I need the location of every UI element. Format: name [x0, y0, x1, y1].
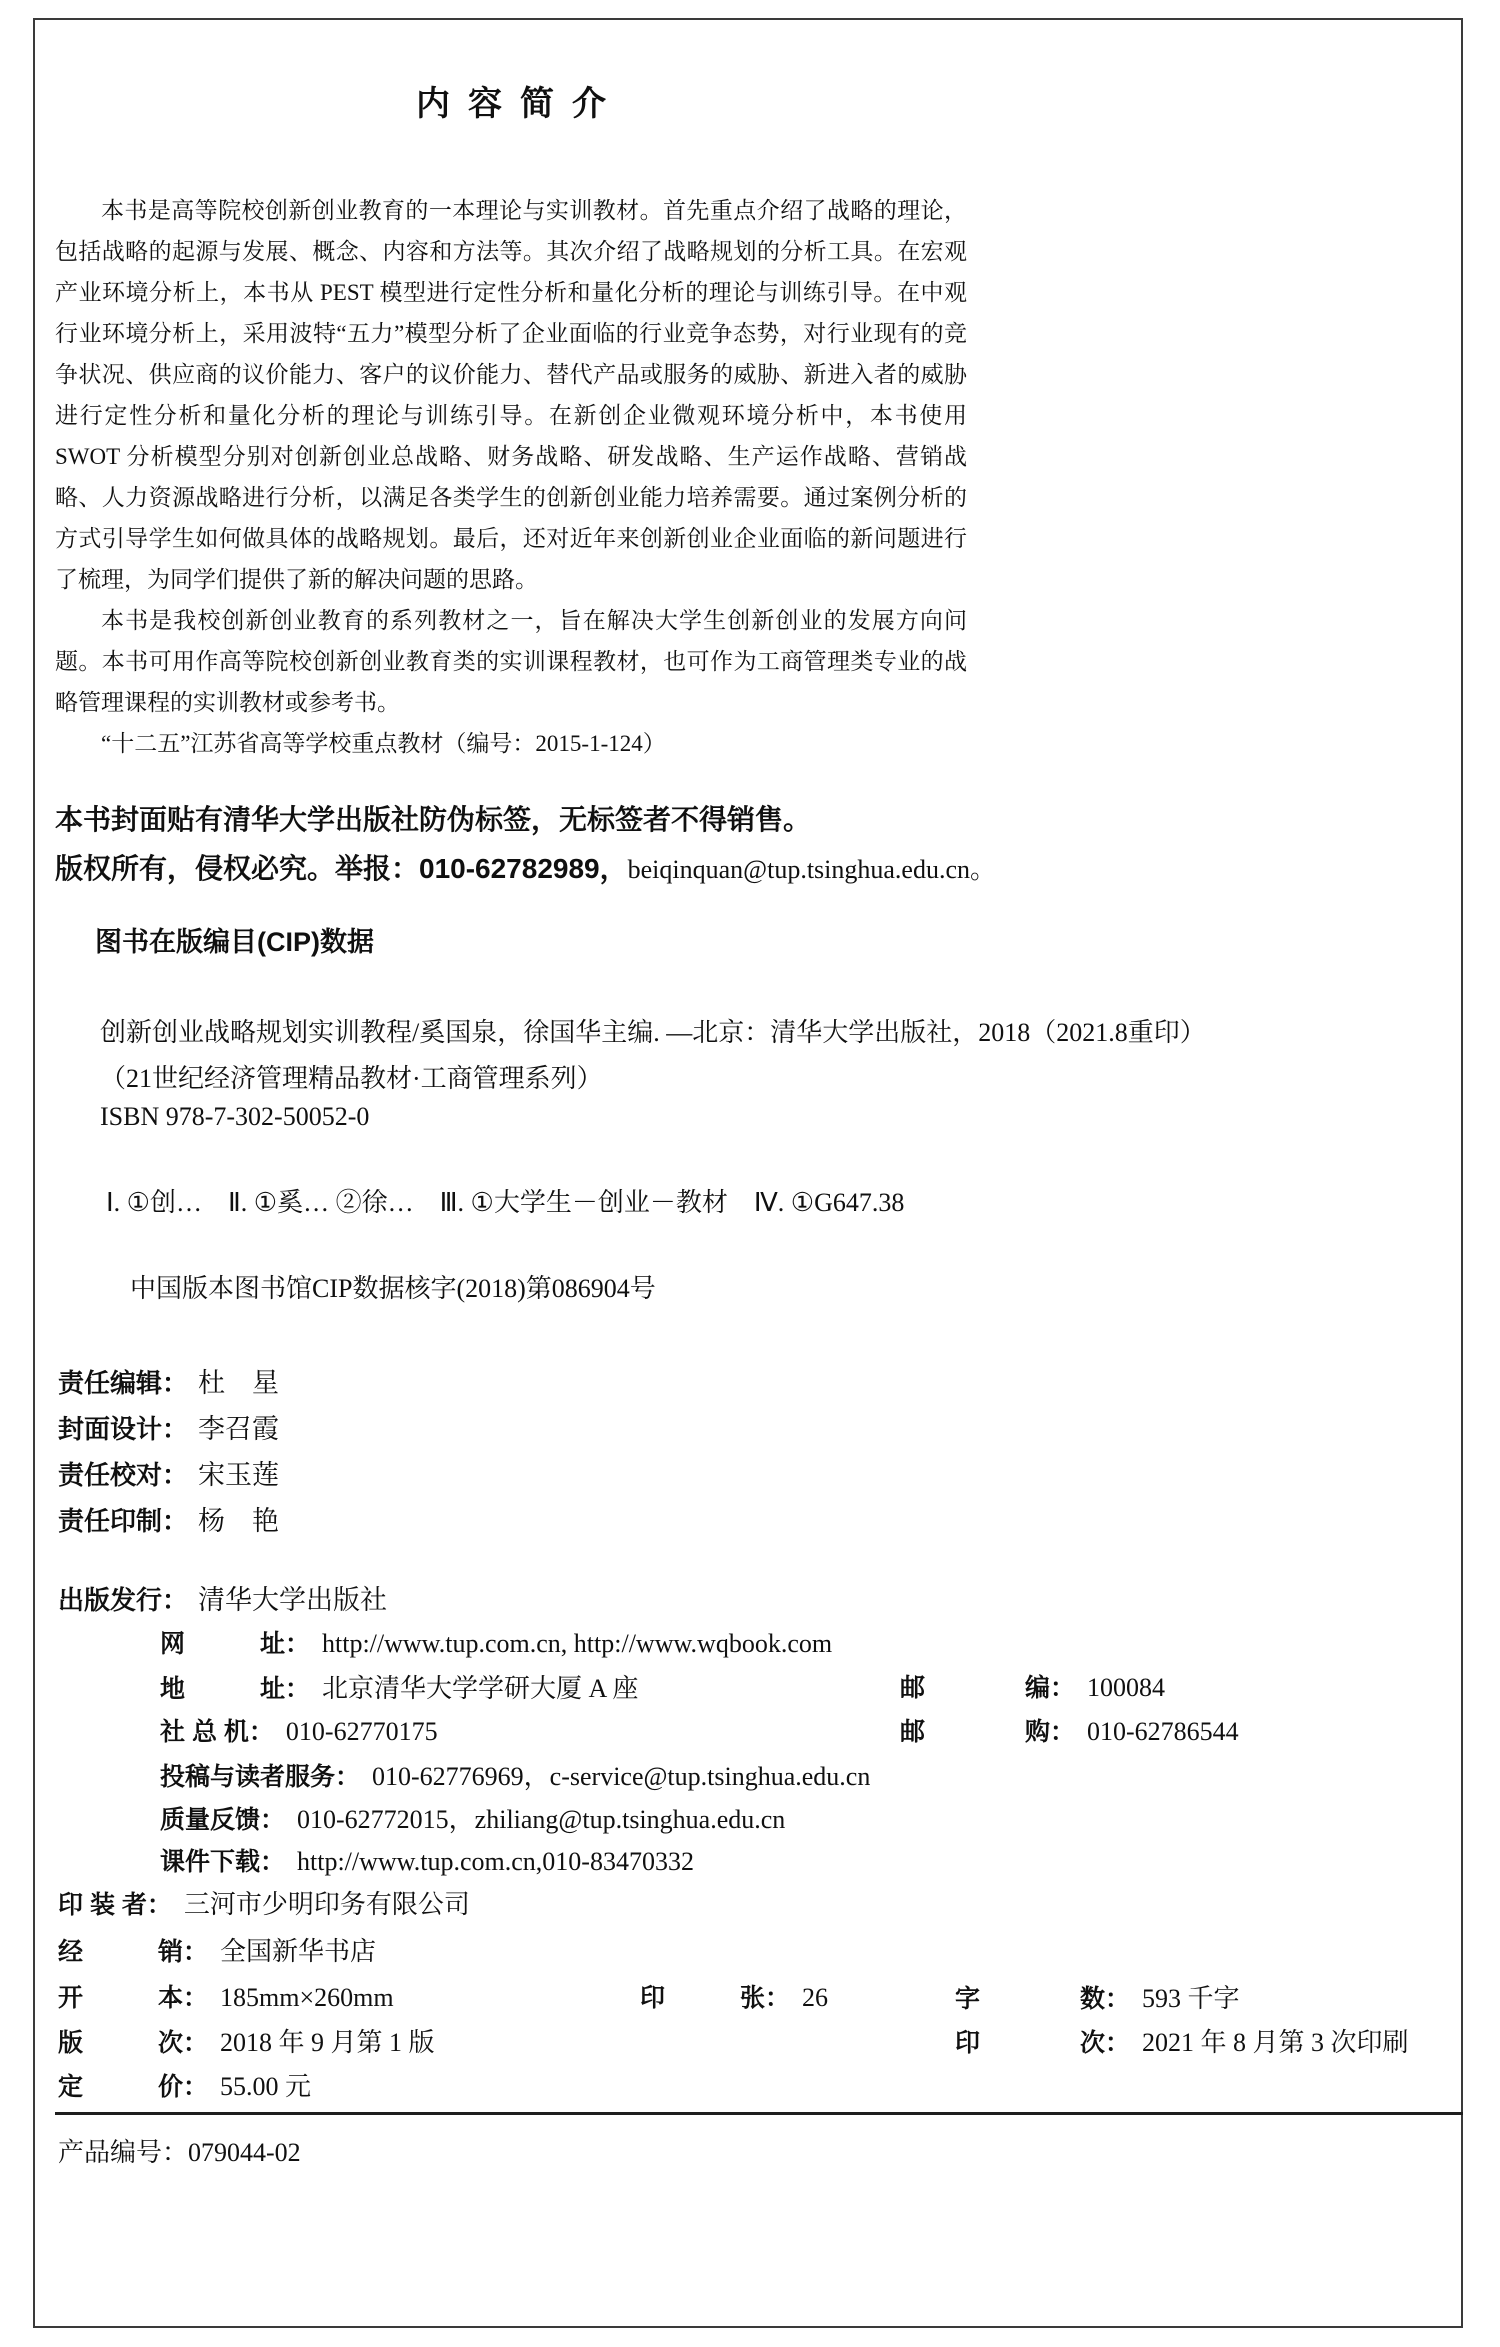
publisher-name: 清华大学出版社: [198, 1585, 387, 1615]
price-value: 55.00 元: [220, 2072, 311, 2101]
postcode-group: 邮 编：100084: [900, 1668, 1165, 1704]
website-value: http://www.tup.com.cn, http://www.wqbook…: [322, 1629, 832, 1658]
edition-value: 2018 年 9 月第 1 版: [220, 2028, 435, 2057]
wordcount-label: 字 数：: [955, 1985, 1130, 2013]
colophon-page: 内容简介 本书是高等院校创新创业教育的一本理论与实训教材。首先重点介绍了战略的理…: [0, 0, 1500, 2347]
staff-value: 杨 艳: [198, 1506, 279, 1536]
wordcount-value: 593 千字: [1142, 1984, 1240, 2013]
sheets-value: 26: [802, 1983, 828, 2012]
copyright-notice: 本书封面贴有清华大学出版社防伪标签，无标签者不得销售。 版权所有，侵权必究。举报…: [55, 795, 1035, 894]
distributor-label: 经 销：: [58, 1938, 208, 1966]
address-label: 地 址：: [160, 1675, 310, 1703]
sheets-label: 印 张：: [640, 1984, 790, 2012]
address-value: 北京清华大学学研大厦 A 座: [322, 1674, 638, 1703]
report-email: beiqinquan@tup.tsinghua.edu.cn。: [628, 855, 996, 884]
summary-paragraph-1: 本书是高等院校创新创业教育的一本理论与实训教材。首先重点介绍了战略的理论，包括战…: [55, 190, 967, 600]
website-label: 网 址：: [160, 1630, 310, 1658]
cip-isbn: ISBN 978-7-302-50052-0: [100, 1102, 369, 1132]
mailorder-value: 010-62786544: [1087, 1717, 1239, 1746]
sheets-group: 印 张：26: [640, 1978, 828, 2014]
switchboard-label: 社 总 机：: [160, 1718, 274, 1746]
distributor-value: 全国新华书店: [220, 1937, 376, 1966]
copyright-report-line: 版权所有，侵权必究。举报：010-62782989，beiqinquan@tup…: [55, 844, 1035, 894]
reader-service-value: 010-62776969，c-service@tup.tsinghua.edu.…: [372, 1762, 870, 1791]
page-title: 内容简介: [55, 76, 967, 125]
publisher-switchboard-row: 社 总 机：010-62770175 邮 购：010-62786544: [160, 1712, 1440, 1748]
price-row: 定 价：55.00 元: [58, 2066, 1458, 2103]
reader-service-row: 投稿与读者服务：010-62776969，c-service@tup.tsing…: [160, 1756, 1440, 1793]
publisher-website-row: 网 址：http://www.tup.com.cn, http://www.wq…: [160, 1624, 1440, 1660]
copyright-report-text: 版权所有，侵权必究。举报：010-62782989，: [55, 853, 628, 884]
printer-label: 印 装 者：: [58, 1891, 172, 1919]
staff-label: 责任编辑：: [58, 1368, 188, 1398]
staff-row-proofreader: 责任校对：宋玉莲: [58, 1452, 279, 1498]
staff-label: 责任校对：: [58, 1460, 188, 1490]
impression-group: 印 次：2021 年 8 月第 3 次印刷: [955, 2022, 1409, 2059]
cip-registration: 中国版本图书馆CIP数据核字(2018)第086904号: [130, 1268, 656, 1305]
divider-rule: [55, 2112, 1463, 2115]
product-number-value: 079044-02: [188, 2138, 301, 2167]
cip-description: 创新创业战略规划实训教程/奚国泉，徐国华主编. —北京：清华大学出版社，2018…: [100, 1012, 1206, 1049]
courseware-download-row: 课件下载：http://www.tup.com.cn,010-83470332: [160, 1842, 1440, 1878]
publisher-address-row: 地 址：北京清华大学学研大厦 A 座 邮 编：100084: [160, 1668, 1440, 1705]
publisher-row: 出版发行：清华大学出版社: [58, 1578, 387, 1617]
cip-classification: Ⅰ. ①创… Ⅱ. ①奚… ②徐… Ⅲ. ①大学生－创业－教材 Ⅳ. ①G647…: [106, 1182, 904, 1219]
content-summary: 本书是高等院校创新创业教育的一本理论与实训教材。首先重点介绍了战略的理论，包括战…: [55, 190, 967, 764]
product-number-row: 产品编号：079044-02: [58, 2132, 301, 2169]
wordcount-group: 字 数：593 千字: [955, 1978, 1240, 2015]
staff-label: 责任印制：: [58, 1506, 188, 1536]
impression-value: 2021 年 8 月第 3 次印刷: [1142, 2028, 1409, 2057]
cip-heading: 图书在版编目(CIP)数据: [95, 920, 374, 959]
quality-feedback-value: 010-62772015，zhiliang@tup.tsinghua.edu.c…: [297, 1805, 785, 1834]
mailorder-label: 邮 购：: [900, 1718, 1075, 1746]
format-label: 开 本：: [58, 1984, 208, 2012]
edition-label: 版 次：: [58, 2029, 208, 2057]
cip-series: （21世纪经济管理精品教材·工商管理系列）: [100, 1058, 603, 1095]
quality-feedback-row: 质量反馈：010-62772015，zhiliang@tup.tsinghua.…: [160, 1799, 1440, 1836]
courseware-label: 课件下载：: [160, 1848, 285, 1876]
printer-value: 三河市少明印务有限公司: [184, 1890, 470, 1919]
postcode-label: 邮 编：: [900, 1674, 1075, 1702]
switchboard-value: 010-62770175: [286, 1717, 438, 1746]
staff-value: 李召霞: [198, 1414, 279, 1444]
staff-credits: 责任编辑：杜 星 封面设计：李召霞 责任校对：宋玉莲 责任印制：杨 艳: [58, 1360, 279, 1544]
postcode-value: 100084: [1087, 1673, 1165, 1702]
staff-value: 杜 星: [198, 1368, 279, 1398]
courseware-value: http://www.tup.com.cn,010-83470332: [297, 1847, 694, 1876]
staff-row-cover-design: 封面设计：李召霞: [58, 1406, 279, 1452]
price-label: 定 价：: [58, 2073, 208, 2101]
printer-row: 印 装 者：三河市少明印务有限公司: [58, 1884, 1458, 1921]
reader-service-label: 投稿与读者服务：: [160, 1763, 360, 1791]
summary-paragraph-2: 本书是我校创新创业教育的系列教材之一，旨在解决大学生创新创业的发展方向问题。本书…: [55, 600, 967, 723]
summary-paragraph-3: “十二五”江苏省高等学校重点教材（编号：2015-1-124）: [55, 723, 967, 764]
impression-label: 印 次：: [955, 2029, 1130, 2057]
mailorder-group: 邮 购：010-62786544: [900, 1712, 1239, 1748]
publisher-label: 出版发行：: [58, 1585, 188, 1615]
staff-row-print-supervisor: 责任印制：杨 艳: [58, 1498, 279, 1544]
quality-feedback-label: 质量反馈：: [160, 1806, 285, 1834]
staff-label: 封面设计：: [58, 1414, 188, 1444]
staff-row-editor: 责任编辑：杜 星: [58, 1360, 279, 1406]
distributor-row: 经 销：全国新华书店: [58, 1931, 1458, 1968]
edition-row: 版 次：2018 年 9 月第 1 版 印 次：2021 年 8 月第 3 次印…: [58, 2022, 1458, 2059]
staff-value: 宋玉莲: [198, 1460, 279, 1490]
anti-counterfeit-line: 本书封面贴有清华大学出版社防伪标签，无标签者不得销售。: [55, 795, 1035, 844]
format-value: 185mm×260mm: [220, 1983, 394, 2012]
format-row: 开 本：185mm×260mm 印 张：26 字 数：593 千字: [58, 1978, 1458, 2014]
product-number-label: 产品编号：: [58, 2138, 188, 2167]
